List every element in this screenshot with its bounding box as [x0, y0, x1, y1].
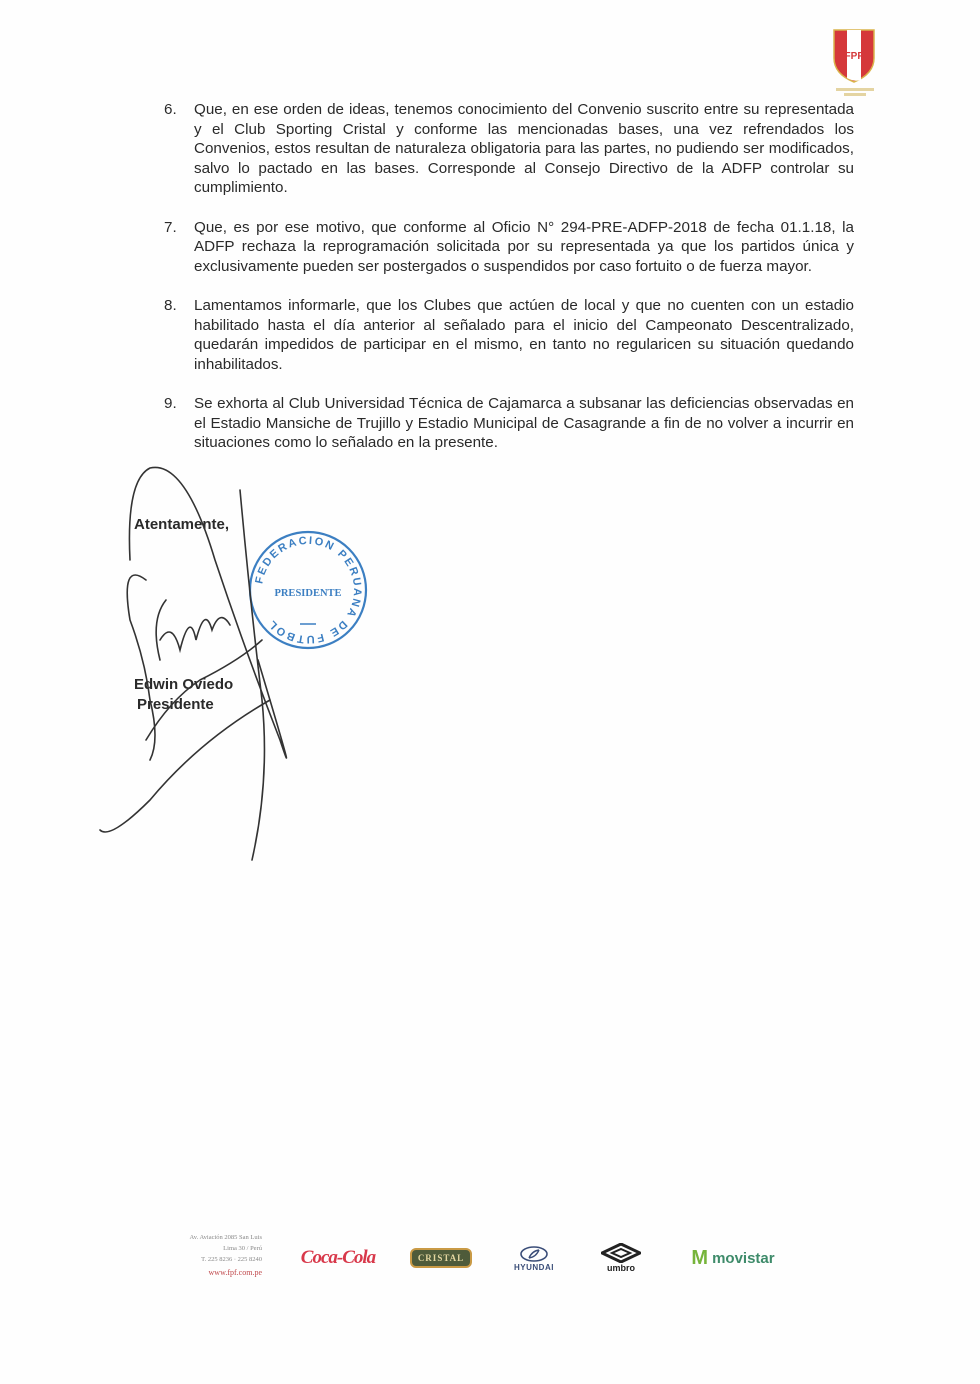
item-number: 8. — [164, 296, 194, 374]
hyundai-logo: HYUNDAI — [506, 1236, 562, 1280]
item-text: Se exhorta al Club Universidad Técnica d… — [194, 394, 854, 453]
list-item: 9. Se exhorta al Club Universidad Técnic… — [164, 394, 854, 453]
numbered-items: 6. Que, en ese orden de ideas, tenemos c… — [164, 100, 854, 473]
website-link[interactable]: www.fpf.com.pe — [166, 1267, 262, 1278]
address-line: Lima 30 / Perú — [166, 1243, 262, 1254]
fpf-crest-icon: FPF — [832, 28, 876, 84]
address-line: T. 225 8236 · 225 8240 — [166, 1254, 262, 1265]
svg-text:FPF: FPF — [845, 51, 864, 62]
umbro-label: umbro — [607, 1263, 635, 1273]
sponsor-logos: Coca-Cola CRISTAL HYUNDAI umbro M movist… — [298, 1236, 788, 1280]
closing-salutation: Atentamente, — [134, 516, 229, 533]
movistar-m-icon: M — [691, 1247, 708, 1270]
umbro-diamond-icon — [601, 1243, 641, 1263]
movistar-label: movistar — [712, 1250, 775, 1267]
signatory-role: Presidente — [137, 696, 214, 713]
umbro-logo: umbro — [593, 1236, 649, 1280]
list-item: 7. Que, es por ese motivo, que conforme … — [164, 218, 854, 277]
letter-page: FPF 6. Que, en ese orden de ideas, tenem… — [0, 0, 980, 1384]
coca-cola-logo: Coca-Cola — [298, 1236, 378, 1280]
official-stamp: FEDERACION PERUANA DE FUTBOL PRESIDENTE — [246, 528, 370, 652]
logo-caption — [830, 86, 880, 98]
address-line: Av. Aviación 2085 San Luis — [166, 1232, 262, 1243]
movistar-logo: M movistar — [678, 1236, 788, 1280]
item-text: Que, es por ese motivo, que conforme al … — [194, 218, 854, 277]
item-text: Que, en ese orden de ideas, tenemos cono… — [194, 100, 854, 198]
hyundai-label: HYUNDAI — [514, 1263, 554, 1272]
cristal-label: CRISTAL — [410, 1248, 472, 1268]
svg-text:PRESIDENTE: PRESIDENTE — [274, 588, 341, 599]
list-item: 8. Lamentamos informarle, que los Clubes… — [164, 296, 854, 374]
item-number: 6. — [164, 100, 194, 198]
signatory-name: Edwin Oviedo — [134, 676, 233, 693]
footer-address: Av. Aviación 2085 San Luis Lima 30 / Per… — [166, 1232, 262, 1278]
cristal-logo: CRISTAL — [406, 1236, 476, 1280]
item-number: 7. — [164, 218, 194, 277]
item-text: Lamentamos informarle, que los Clubes qu… — [194, 296, 854, 374]
hyundai-h-icon — [519, 1245, 549, 1263]
item-number: 9. — [164, 394, 194, 453]
list-item: 6. Que, en ese orden de ideas, tenemos c… — [164, 100, 854, 198]
